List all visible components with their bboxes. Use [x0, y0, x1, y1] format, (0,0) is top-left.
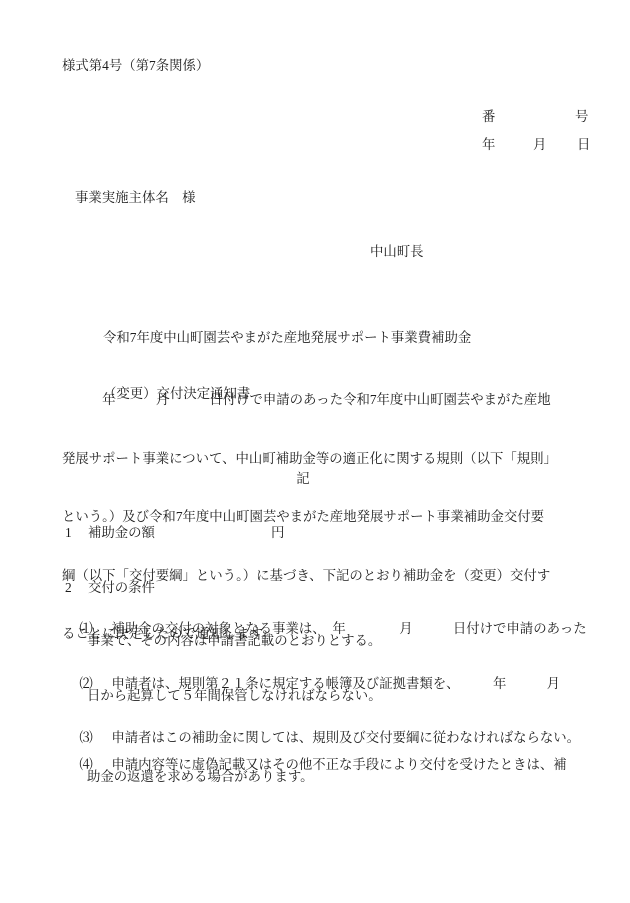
record-marker: 記 — [62, 471, 544, 486]
body-line-1: 年 月 日付けで申請のあった令和7年度中山町園芸やまがた産地 — [62, 390, 577, 410]
addressee: 事業実施主体名 様 — [75, 190, 196, 205]
condition-4-line-2: 助金の返還を求める場合があります。 — [87, 769, 314, 784]
ref-number-suffix: 号 — [575, 109, 588, 124]
amount-item-label: 補助金の額 — [88, 525, 155, 540]
conditions-heading-label: 交付の条件 — [88, 580, 155, 595]
date-year-label: 年 — [482, 137, 495, 152]
condition-1-line-2: 事業で、その内容は申請書記載のとおりとする。 — [87, 633, 381, 648]
amount-item-number: 1 — [65, 525, 72, 540]
date-month-label: 月 — [533, 137, 546, 152]
ref-number-prefix: 番 — [482, 109, 495, 124]
condition-2-line-2: 日から起算して５年間保管しなければならない。 — [87, 688, 382, 703]
sender: 中山町長 — [370, 244, 424, 259]
date-day-label: 日 — [577, 137, 590, 152]
body-line-3: という。）及び令和7年度中山町園芸やまがた産地発展サポート事業補助金交付要 — [62, 507, 577, 527]
conditions-heading-number: 2 — [65, 580, 72, 595]
document-title-line1: 令和7年度中山町園芸やまがた産地発展サポート事業費補助金 — [103, 329, 471, 348]
form-number: 様式第4号（第7条関係） — [62, 58, 209, 73]
amount-item-unit: 円 — [271, 525, 284, 540]
document-page: 様式第4号（第7条関係） 番 号 年 月 日 事業実施主体名 様 中山町長 令和… — [0, 0, 630, 903]
body-line-2: 発展サポート事業について、中山町補助金等の適正化に関する規則（以下「規則」 — [62, 449, 577, 469]
